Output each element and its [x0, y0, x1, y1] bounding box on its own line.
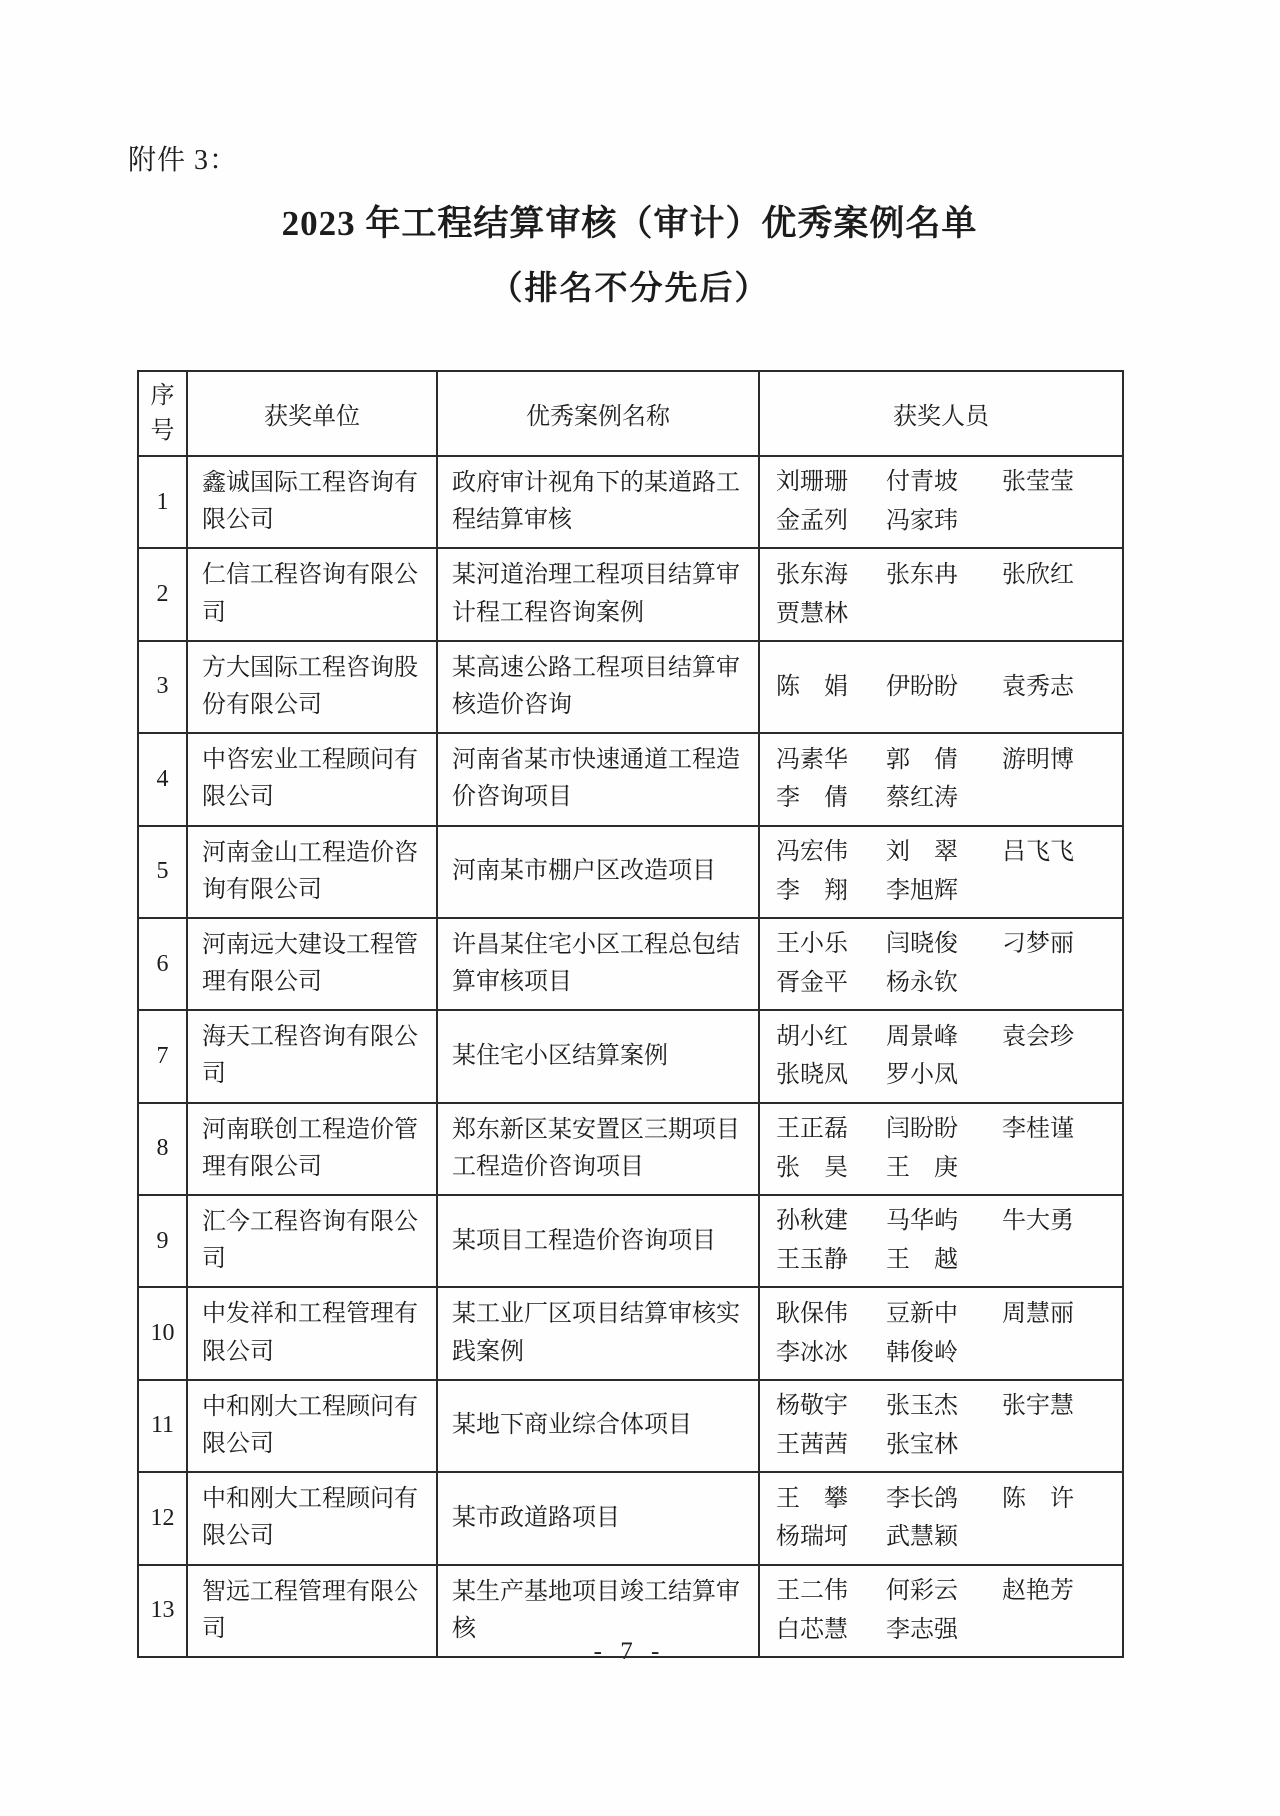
- attachment-label: 附件 3：: [128, 138, 238, 178]
- award-unit-cell: 汇今工程咨询有限公司: [187, 1195, 437, 1287]
- person-name: 张 昊: [776, 1154, 848, 1183]
- person-name: 李冰冰: [776, 1339, 848, 1368]
- people-grid: 冯素华郭 倩游明博李 倩蔡红涛: [776, 746, 1114, 814]
- person-name: 袁会珍: [1002, 1023, 1074, 1052]
- serial-number-cell: 5: [138, 826, 187, 918]
- person-name: 闫晓俊: [886, 930, 958, 959]
- person-name: 胥金平: [776, 969, 848, 998]
- award-unit-cell: 鑫诚国际工程咨询有限公司: [187, 456, 437, 548]
- person-name: 伊盼盼: [886, 673, 958, 702]
- serial-number-cell: 1: [138, 456, 187, 548]
- person-name: 蔡红涛: [886, 784, 958, 813]
- award-unit-cell: 中和刚大工程顾问有限公司: [187, 1472, 437, 1564]
- person-name: 贾慧林: [776, 600, 848, 629]
- person-name: 吕飞飞: [1002, 838, 1074, 867]
- award-people-cell: 王小乐闫晓俊刁梦丽胥金平杨永钦: [759, 918, 1123, 1010]
- serial-number-cell: 6: [138, 918, 187, 1010]
- case-name-cell: 某高速公路工程项目结算审核造价咨询: [437, 641, 759, 733]
- table-row: 12中和刚大工程顾问有限公司某市政道路项目王 攀李长鸽陈 许杨瑞坷武慧颖: [138, 1472, 1123, 1564]
- table-row: 2仁信工程咨询有限公司某河道治理工程项目结算审计程工程咨询案例张东海张东冉张欣红…: [138, 548, 1123, 640]
- people-grid: 王 攀李长鸽陈 许杨瑞坷武慧颖: [776, 1485, 1114, 1553]
- people-grid: 刘珊珊付青坡张莹莹金孟列冯家玮: [776, 468, 1114, 536]
- header-award-people: 获奖人员: [759, 371, 1123, 456]
- award-unit-cell: 中发祥和工程管理有限公司: [187, 1287, 437, 1379]
- serial-number-cell: 10: [138, 1287, 187, 1379]
- table-row: 1鑫诚国际工程咨询有限公司政府审计视角下的某道路工程结算审核刘珊珊付青坡张莹莹金…: [138, 456, 1123, 548]
- person-name: 陈 许: [1002, 1485, 1074, 1514]
- case-name-cell: 政府审计视角下的某道路工程结算审核: [437, 456, 759, 548]
- award-people-cell: 冯宏伟刘 翠吕飞飞李 翔李旭辉: [759, 826, 1123, 918]
- person-name: 张东海: [776, 561, 848, 590]
- award-people-cell: 张东海张东冉张欣红贾慧林: [759, 548, 1123, 640]
- person-name: 王 庚: [886, 1154, 958, 1183]
- people-grid: 冯宏伟刘 翠吕飞飞李 翔李旭辉: [776, 838, 1114, 906]
- people-grid: 王正磊闫盼盼李桂谨张 昊王 庚: [776, 1115, 1114, 1183]
- people-grid: 胡小红周景峰袁会珍张晓凤罗小凤: [776, 1023, 1114, 1091]
- table-row: 9汇今工程咨询有限公司某项目工程造价咨询项目孙秋建马华屿牛大勇王玉静王 越: [138, 1195, 1123, 1287]
- document-title: 2023 年工程结算审核（审计）优秀案例名单: [137, 196, 1122, 246]
- award-unit-cell: 河南金山工程造价咨询有限公司: [187, 826, 437, 918]
- table-header-row: 序号 获奖单位 优秀案例名称 获奖人员: [138, 371, 1123, 456]
- person-name: 胡小红: [776, 1023, 848, 1052]
- person-name: 杨永钦: [886, 969, 958, 998]
- award-unit-cell: 中咨宏业工程顾问有限公司: [187, 733, 437, 825]
- award-unit-cell: 仁信工程咨询有限公司: [187, 548, 437, 640]
- person-name: 王二伟: [776, 1577, 848, 1606]
- serial-number-cell: 4: [138, 733, 187, 825]
- person-name: 王茜茜: [776, 1431, 848, 1460]
- case-name-cell: 河南某市棚户区改造项目: [437, 826, 759, 918]
- person-name: 杨敬宇: [776, 1392, 848, 1421]
- award-case-table: 序号 获奖单位 优秀案例名称 获奖人员 1鑫诚国际工程咨询有限公司政府审计视角下…: [137, 370, 1124, 1658]
- case-name-cell: 某工业厂区项目结算审核实践案例: [437, 1287, 759, 1379]
- award-unit-cell: 中和刚大工程顾问有限公司: [187, 1380, 437, 1472]
- person-name: 张莹莹: [1002, 468, 1074, 497]
- table-row: 5河南金山工程造价咨询有限公司河南某市棚户区改造项目冯宏伟刘 翠吕飞飞李 翔李旭…: [138, 826, 1123, 918]
- document-page: 附件 3： 2023 年工程结算审核（审计）优秀案例名单 （排名不分先后） 序号…: [0, 0, 1280, 1816]
- person-name: 金孟列: [776, 507, 848, 536]
- table-row: 8河南联创工程造价管理有限公司郑东新区某安置区三期项目工程造价咨询项目王正磊闫盼…: [138, 1103, 1123, 1195]
- serial-number-cell: 9: [138, 1195, 187, 1287]
- person-name: 王 越: [886, 1246, 958, 1275]
- case-name-cell: 河南省某市快速通道工程造价咨询项目: [437, 733, 759, 825]
- person-name: 罗小凤: [886, 1061, 958, 1090]
- person-name: 冯素华: [776, 746, 848, 775]
- header-case-name: 优秀案例名称: [437, 371, 759, 456]
- serial-number-cell: 8: [138, 1103, 187, 1195]
- people-grid: 王小乐闫晓俊刁梦丽胥金平杨永钦: [776, 930, 1114, 998]
- person-name: 李 倩: [776, 784, 848, 813]
- award-people-cell: 刘珊珊付青坡张莹莹金孟列冯家玮: [759, 456, 1123, 548]
- people-grid: 张东海张东冉张欣红贾慧林: [776, 561, 1114, 629]
- person-name: 陈 娟: [776, 673, 848, 702]
- person-name: 张晓凤: [776, 1061, 848, 1090]
- people-grid: 陈 娟伊盼盼袁秀志: [776, 673, 1114, 702]
- person-name: 袁秀志: [1002, 673, 1074, 702]
- person-name: 李长鸽: [886, 1485, 958, 1514]
- person-name: 刘 翠: [886, 838, 958, 867]
- person-name: 刁梦丽: [1002, 930, 1074, 959]
- person-name: 王小乐: [776, 930, 848, 959]
- serial-number-cell: 12: [138, 1472, 187, 1564]
- person-name: 马华屿: [886, 1207, 958, 1236]
- person-name: 张欣红: [1002, 561, 1074, 590]
- person-name: 牛大勇: [1002, 1207, 1074, 1236]
- person-name: 李旭辉: [886, 877, 958, 906]
- person-name: 冯家玮: [886, 507, 958, 536]
- award-people-cell: 陈 娟伊盼盼袁秀志: [759, 641, 1123, 733]
- people-grid: 王二伟何彩云赵艳芳白芯慧李志强: [776, 1577, 1114, 1645]
- award-people-cell: 胡小红周景峰袁会珍张晓凤罗小凤: [759, 1010, 1123, 1102]
- person-name: 刘珊珊: [776, 468, 848, 497]
- people-grid: 孙秋建马华屿牛大勇王玉静王 越: [776, 1207, 1114, 1275]
- table-body: 1鑫诚国际工程咨询有限公司政府审计视角下的某道路工程结算审核刘珊珊付青坡张莹莹金…: [138, 456, 1123, 1657]
- table-row: 10中发祥和工程管理有限公司某工业厂区项目结算审核实践案例耿保伟豆新中周慧丽李冰…: [138, 1287, 1123, 1379]
- serial-number-cell: 2: [138, 548, 187, 640]
- case-name-cell: 许昌某住宅小区工程总包结算审核项目: [437, 918, 759, 1010]
- award-people-cell: 冯素华郭 倩游明博李 倩蔡红涛: [759, 733, 1123, 825]
- award-people-cell: 杨敬宇张玉杰张宇慧王茜茜张宝林: [759, 1380, 1123, 1472]
- table-row: 11中和刚大工程顾问有限公司某地下商业综合体项目杨敬宇张玉杰张宇慧王茜茜张宝林: [138, 1380, 1123, 1472]
- person-name: 周慧丽: [1002, 1300, 1074, 1329]
- person-name: 郭 倩: [886, 746, 958, 775]
- document-subtitle: （排名不分先后）: [137, 262, 1122, 309]
- person-name: 周景峰: [886, 1023, 958, 1052]
- award-unit-cell: 河南远大建设工程管理有限公司: [187, 918, 437, 1010]
- header-award-unit: 获奖单位: [187, 371, 437, 456]
- table-row: 6河南远大建设工程管理有限公司许昌某住宅小区工程总包结算审核项目王小乐闫晓俊刁梦…: [138, 918, 1123, 1010]
- person-name: 武慧颖: [886, 1523, 958, 1552]
- person-name: 韩俊岭: [886, 1339, 958, 1368]
- page-number: - 7 -: [137, 1638, 1122, 1666]
- case-name-cell: 某河道治理工程项目结算审计程工程咨询案例: [437, 548, 759, 640]
- award-people-cell: 孙秋建马华屿牛大勇王玉静王 越: [759, 1195, 1123, 1287]
- award-people-cell: 王正磊闫盼盼李桂谨张 昊王 庚: [759, 1103, 1123, 1195]
- person-name: 张宝林: [886, 1431, 958, 1460]
- case-name-cell: 某地下商业综合体项目: [437, 1380, 759, 1472]
- person-name: 冯宏伟: [776, 838, 848, 867]
- award-people-cell: 王 攀李长鸽陈 许杨瑞坷武慧颖: [759, 1472, 1123, 1564]
- award-unit-cell: 海天工程咨询有限公司: [187, 1010, 437, 1102]
- people-grid: 耿保伟豆新中周慧丽李冰冰韩俊岭: [776, 1300, 1114, 1368]
- person-name: 耿保伟: [776, 1300, 848, 1329]
- case-name-cell: 某项目工程造价咨询项目: [437, 1195, 759, 1287]
- case-name-cell: 某住宅小区结算案例: [437, 1010, 759, 1102]
- table-row: 4中咨宏业工程顾问有限公司河南省某市快速通道工程造价咨询项目冯素华郭 倩游明博李…: [138, 733, 1123, 825]
- person-name: 杨瑞坷: [776, 1523, 848, 1552]
- table-row: 7海天工程咨询有限公司某住宅小区结算案例胡小红周景峰袁会珍张晓凤罗小凤: [138, 1010, 1123, 1102]
- serial-number-cell: 7: [138, 1010, 187, 1102]
- person-name: 王正磊: [776, 1115, 848, 1144]
- person-name: 游明博: [1002, 746, 1074, 775]
- award-unit-cell: 方大国际工程咨询股份有限公司: [187, 641, 437, 733]
- case-name-cell: 郑东新区某安置区三期项目工程造价咨询项目: [437, 1103, 759, 1195]
- serial-number-cell: 3: [138, 641, 187, 733]
- person-name: 李桂谨: [1002, 1115, 1074, 1144]
- person-name: 李 翔: [776, 877, 848, 906]
- person-name: 何彩云: [886, 1577, 958, 1606]
- award-unit-cell: 河南联创工程造价管理有限公司: [187, 1103, 437, 1195]
- person-name: 王玉静: [776, 1246, 848, 1275]
- table-row: 3方大国际工程咨询股份有限公司某高速公路工程项目结算审核造价咨询陈 娟伊盼盼袁秀…: [138, 641, 1123, 733]
- person-name: 王 攀: [776, 1485, 848, 1514]
- person-name: 豆新中: [886, 1300, 958, 1329]
- person-name: 张东冉: [886, 561, 958, 590]
- award-people-cell: 耿保伟豆新中周慧丽李冰冰韩俊岭: [759, 1287, 1123, 1379]
- case-name-cell: 某市政道路项目: [437, 1472, 759, 1564]
- person-name: 张宇慧: [1002, 1392, 1074, 1421]
- person-name: 赵艳芳: [1002, 1577, 1074, 1606]
- person-name: 付青坡: [886, 468, 958, 497]
- person-name: 孙秋建: [776, 1207, 848, 1236]
- table-header: 序号 获奖单位 优秀案例名称 获奖人员: [138, 371, 1123, 456]
- people-grid: 杨敬宇张玉杰张宇慧王茜茜张宝林: [776, 1392, 1114, 1460]
- serial-number-cell: 11: [138, 1380, 187, 1472]
- person-name: 闫盼盼: [886, 1115, 958, 1144]
- header-serial-number: 序号: [138, 371, 187, 456]
- person-name: 张玉杰: [886, 1392, 958, 1421]
